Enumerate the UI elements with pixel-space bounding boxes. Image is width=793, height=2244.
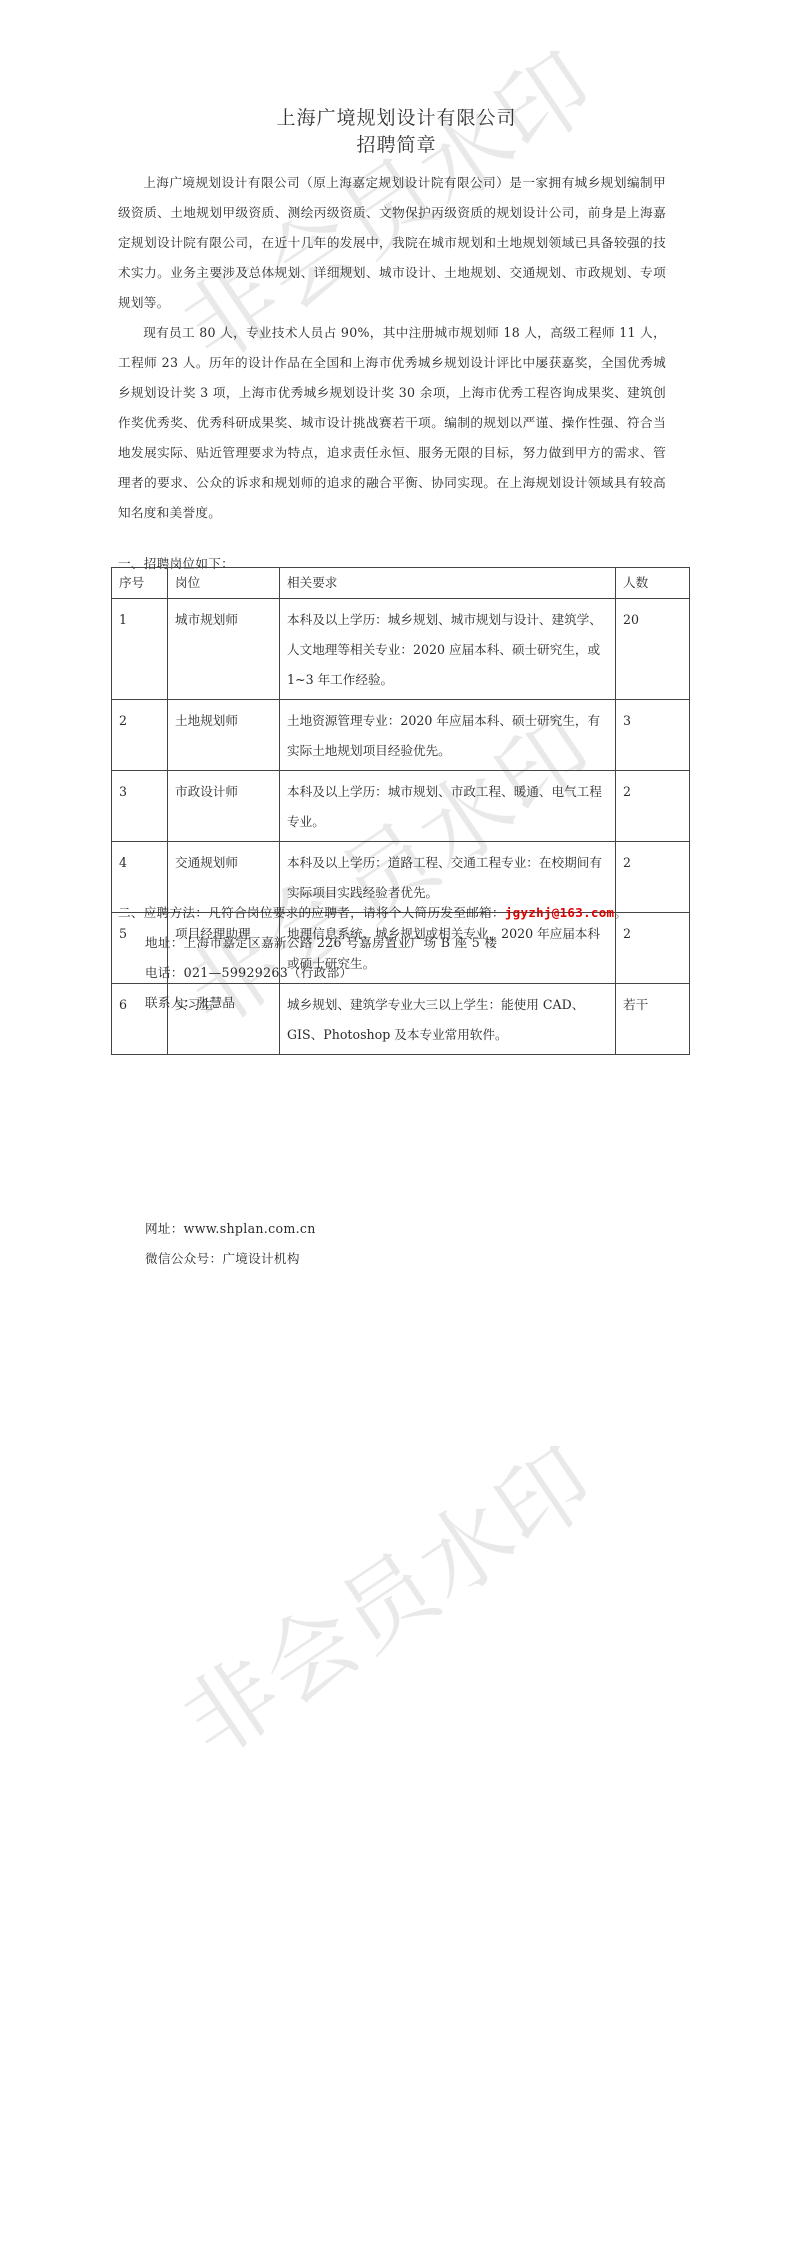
col-header-title: 岗位 [168, 568, 280, 599]
cell-count: 20 [616, 599, 690, 700]
website[interactable]: 网址：www.shplan.com.cn [145, 1214, 316, 1244]
document-subtitle: 招聘简章 [0, 130, 793, 157]
company-title: 上海广境规划设计有限公司 [0, 103, 793, 130]
table-row: 3 市政设计师 本科及以上学历：城市规划、市政工程、暖通、电气工程专业。 2 [112, 771, 690, 842]
intro-paragraph-2: 现有员工 80 人，专业技术人员占 90%，其中注册城市规划师 18 人，高级工… [118, 318, 666, 528]
apply-method: 二、应聘方法：凡符合岗位要求的应聘者，请将个人简历发至邮箱：jgyzhj@163… [118, 898, 627, 928]
col-header-requirements: 相关要求 [280, 568, 616, 599]
cell-no: 3 [112, 771, 168, 842]
phone: 电话：021—59929263（行政部） [145, 958, 352, 988]
cell-requirements: 土地资源管理专业：2020 年应届本科、硕士研究生，有实际土地规划项目经验优先。 [280, 700, 616, 771]
cell-title: 市政设计师 [168, 771, 280, 842]
cell-requirements: 城乡规划、建筑学专业大三以上学生：能使用 CAD、GIS、Photoshop 及… [280, 984, 616, 1055]
cell-title: 城市规划师 [168, 599, 280, 700]
wechat-account: 微信公众号：广境设计机构 [145, 1244, 300, 1274]
col-header-no: 序号 [112, 568, 168, 599]
address: 地址：上海市嘉定区嘉新公路 226 号嘉房置业广场 B 座 5 楼 [145, 928, 497, 958]
cell-count: 2 [616, 771, 690, 842]
cell-requirements: 本科及以上学历：城市规划、市政工程、暖通、电气工程专业。 [280, 771, 616, 842]
watermark: 非会员水印 [153, 1410, 616, 1782]
table-row: 2 土地规划师 土地资源管理专业：2020 年应届本科、硕士研究生，有实际土地规… [112, 700, 690, 771]
cell-no: 1 [112, 599, 168, 700]
col-header-count: 人数 [616, 568, 690, 599]
cell-count: 3 [616, 700, 690, 771]
table-header-row: 序号 岗位 相关要求 人数 [112, 568, 690, 599]
document-page: 非会员水印 非会员水印 非会员水印 上海广境规划设计有限公司 招聘简章 上海广境… [0, 0, 793, 2244]
cell-count: 若干 [616, 984, 690, 1055]
intro-text-2: 现有员工 80 人，专业技术人员占 90%，其中注册城市规划师 18 人，高级工… [118, 318, 666, 528]
table-row: 1 城市规划师 本科及以上学历：城乡规划、城市规划与设计、建筑学、人文地理等相关… [112, 599, 690, 700]
contact-person: 联系人：张慧晶 [145, 988, 235, 1018]
intro-text-1: 上海广境规划设计有限公司（原上海嘉定规划设计院有限公司）是一家拥有城乡规划编制甲… [118, 168, 666, 318]
email-link[interactable]: jgyzhj@163.com [505, 905, 615, 920]
apply-end: 。 [614, 905, 627, 920]
cell-no: 2 [112, 700, 168, 771]
cell-title: 土地规划师 [168, 700, 280, 771]
apply-text: 二、应聘方法：凡符合岗位要求的应聘者，请将个人简历发至邮箱： [118, 905, 505, 920]
intro-paragraph-1: 上海广境规划设计有限公司（原上海嘉定规划设计院有限公司）是一家拥有城乡规划编制甲… [118, 168, 666, 318]
cell-requirements: 本科及以上学历：城乡规划、城市规划与设计、建筑学、人文地理等相关专业：2020 … [280, 599, 616, 700]
